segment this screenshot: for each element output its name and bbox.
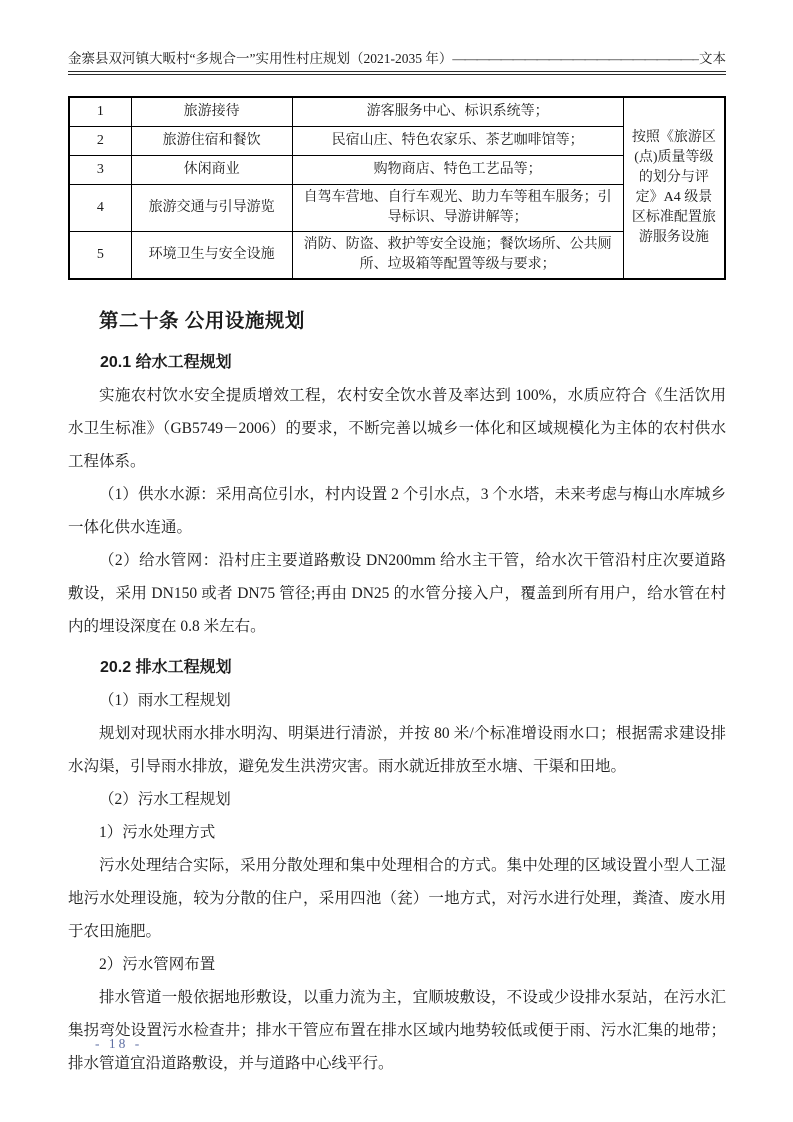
table-row: 1 旅游接待 游客服务中心、标识系统等； 按照《旅游区(点)质量等级的划分与评定… <box>69 97 725 126</box>
header-dash-fill: ———————————————————————————— <box>452 50 699 67</box>
table-note-cell: 按照《旅游区(点)质量等级的划分与评定》A4 级景区标准配置旅游服务设施 <box>623 97 725 279</box>
section-heading-20-2: 20.2 排水工程规划 <box>68 651 726 684</box>
row-number-cell: 4 <box>69 184 131 231</box>
paragraph-sewage-treatment: 污水处理结合实际，采用分散处理和集中处理相合的方式。集中处理的区域设置小型人工湿… <box>68 849 726 948</box>
paragraph-sewage-pipe-layout: 排水管道一般依据地形敷设，以重力流为主，宜顺坡敷设，不设或少设排水泵站，在污水汇… <box>68 981 726 1080</box>
category-cell: 旅游住宿和餐饮 <box>131 126 292 155</box>
document-page: 金寨县双河镇大畈村“多规合一”实用性村庄规划（2021-2035 年） ————… <box>0 0 793 1122</box>
paragraph-water-pipe-network: （2）给水管网：沿村庄主要道路敷设 DN200mm 给水主干管，给水次干管沿村庄… <box>68 544 726 643</box>
subheading-sewage-pipe-layout: 2）污水管网布置 <box>68 948 726 981</box>
description-cell: 民宿山庄、特色农家乐、茶艺咖啡馆等； <box>292 126 623 155</box>
document-type-label: 文本 <box>699 50 726 67</box>
subheading-rainwater-plan: （1）雨水工程规划 <box>68 684 726 717</box>
description-cell: 消防、防盗、救护等安全设施；餐饮场所、公共厕所、垃圾箱等配置等级与要求； <box>292 231 623 279</box>
category-cell: 旅游交通与引导游览 <box>131 184 292 231</box>
subheading-sewage-plan: （2）污水工程规划 <box>68 783 726 816</box>
description-cell: 游客服务中心、标识系统等； <box>292 97 623 126</box>
description-cell: 购物商店、特色工艺品等； <box>292 155 623 184</box>
category-cell: 休闲商业 <box>131 155 292 184</box>
document-title: 金寨县双河镇大畈村“多规合一”实用性村庄规划（2021-2035 年） <box>68 50 452 67</box>
paragraph-water-source: （1）供水水源：采用高位引水，村内设置 2 个引水点，3 个水塔，未来考虑与梅山… <box>68 478 726 544</box>
category-cell: 旅游接待 <box>131 97 292 126</box>
paragraph-water-supply-intro: 实施农村饮水安全提质增效工程，农村安全饮水普及率达到 100%，水质应符合《生活… <box>68 379 726 478</box>
row-number-cell: 3 <box>69 155 131 184</box>
row-number-cell: 2 <box>69 126 131 155</box>
description-cell: 自驾车营地、自行车观光、助力车等租车服务；引导标识、导游讲解等； <box>292 184 623 231</box>
paragraph-rainwater-plan: 规划对现状雨水排水明沟、明渠进行清淤，并按 80 米/个标准增设雨水口；根据需求… <box>68 717 726 783</box>
row-number-cell: 5 <box>69 231 131 279</box>
subheading-sewage-treatment-mode: 1）污水处理方式 <box>68 816 726 849</box>
category-cell: 环境卫生与安全设施 <box>131 231 292 279</box>
row-number-cell: 1 <box>69 97 131 126</box>
page-number: - 18 - <box>95 1036 142 1052</box>
section-heading-20-1: 20.1 给水工程规划 <box>68 346 726 379</box>
article-heading: 第二十条 公用设施规划 <box>68 305 726 338</box>
tourism-facility-table: 1 旅游接待 游客服务中心、标识系统等； 按照《旅游区(点)质量等级的划分与评定… <box>68 96 726 280</box>
running-header: 金寨县双河镇大畈村“多规合一”实用性村庄规划（2021-2035 年） ————… <box>68 50 726 75</box>
